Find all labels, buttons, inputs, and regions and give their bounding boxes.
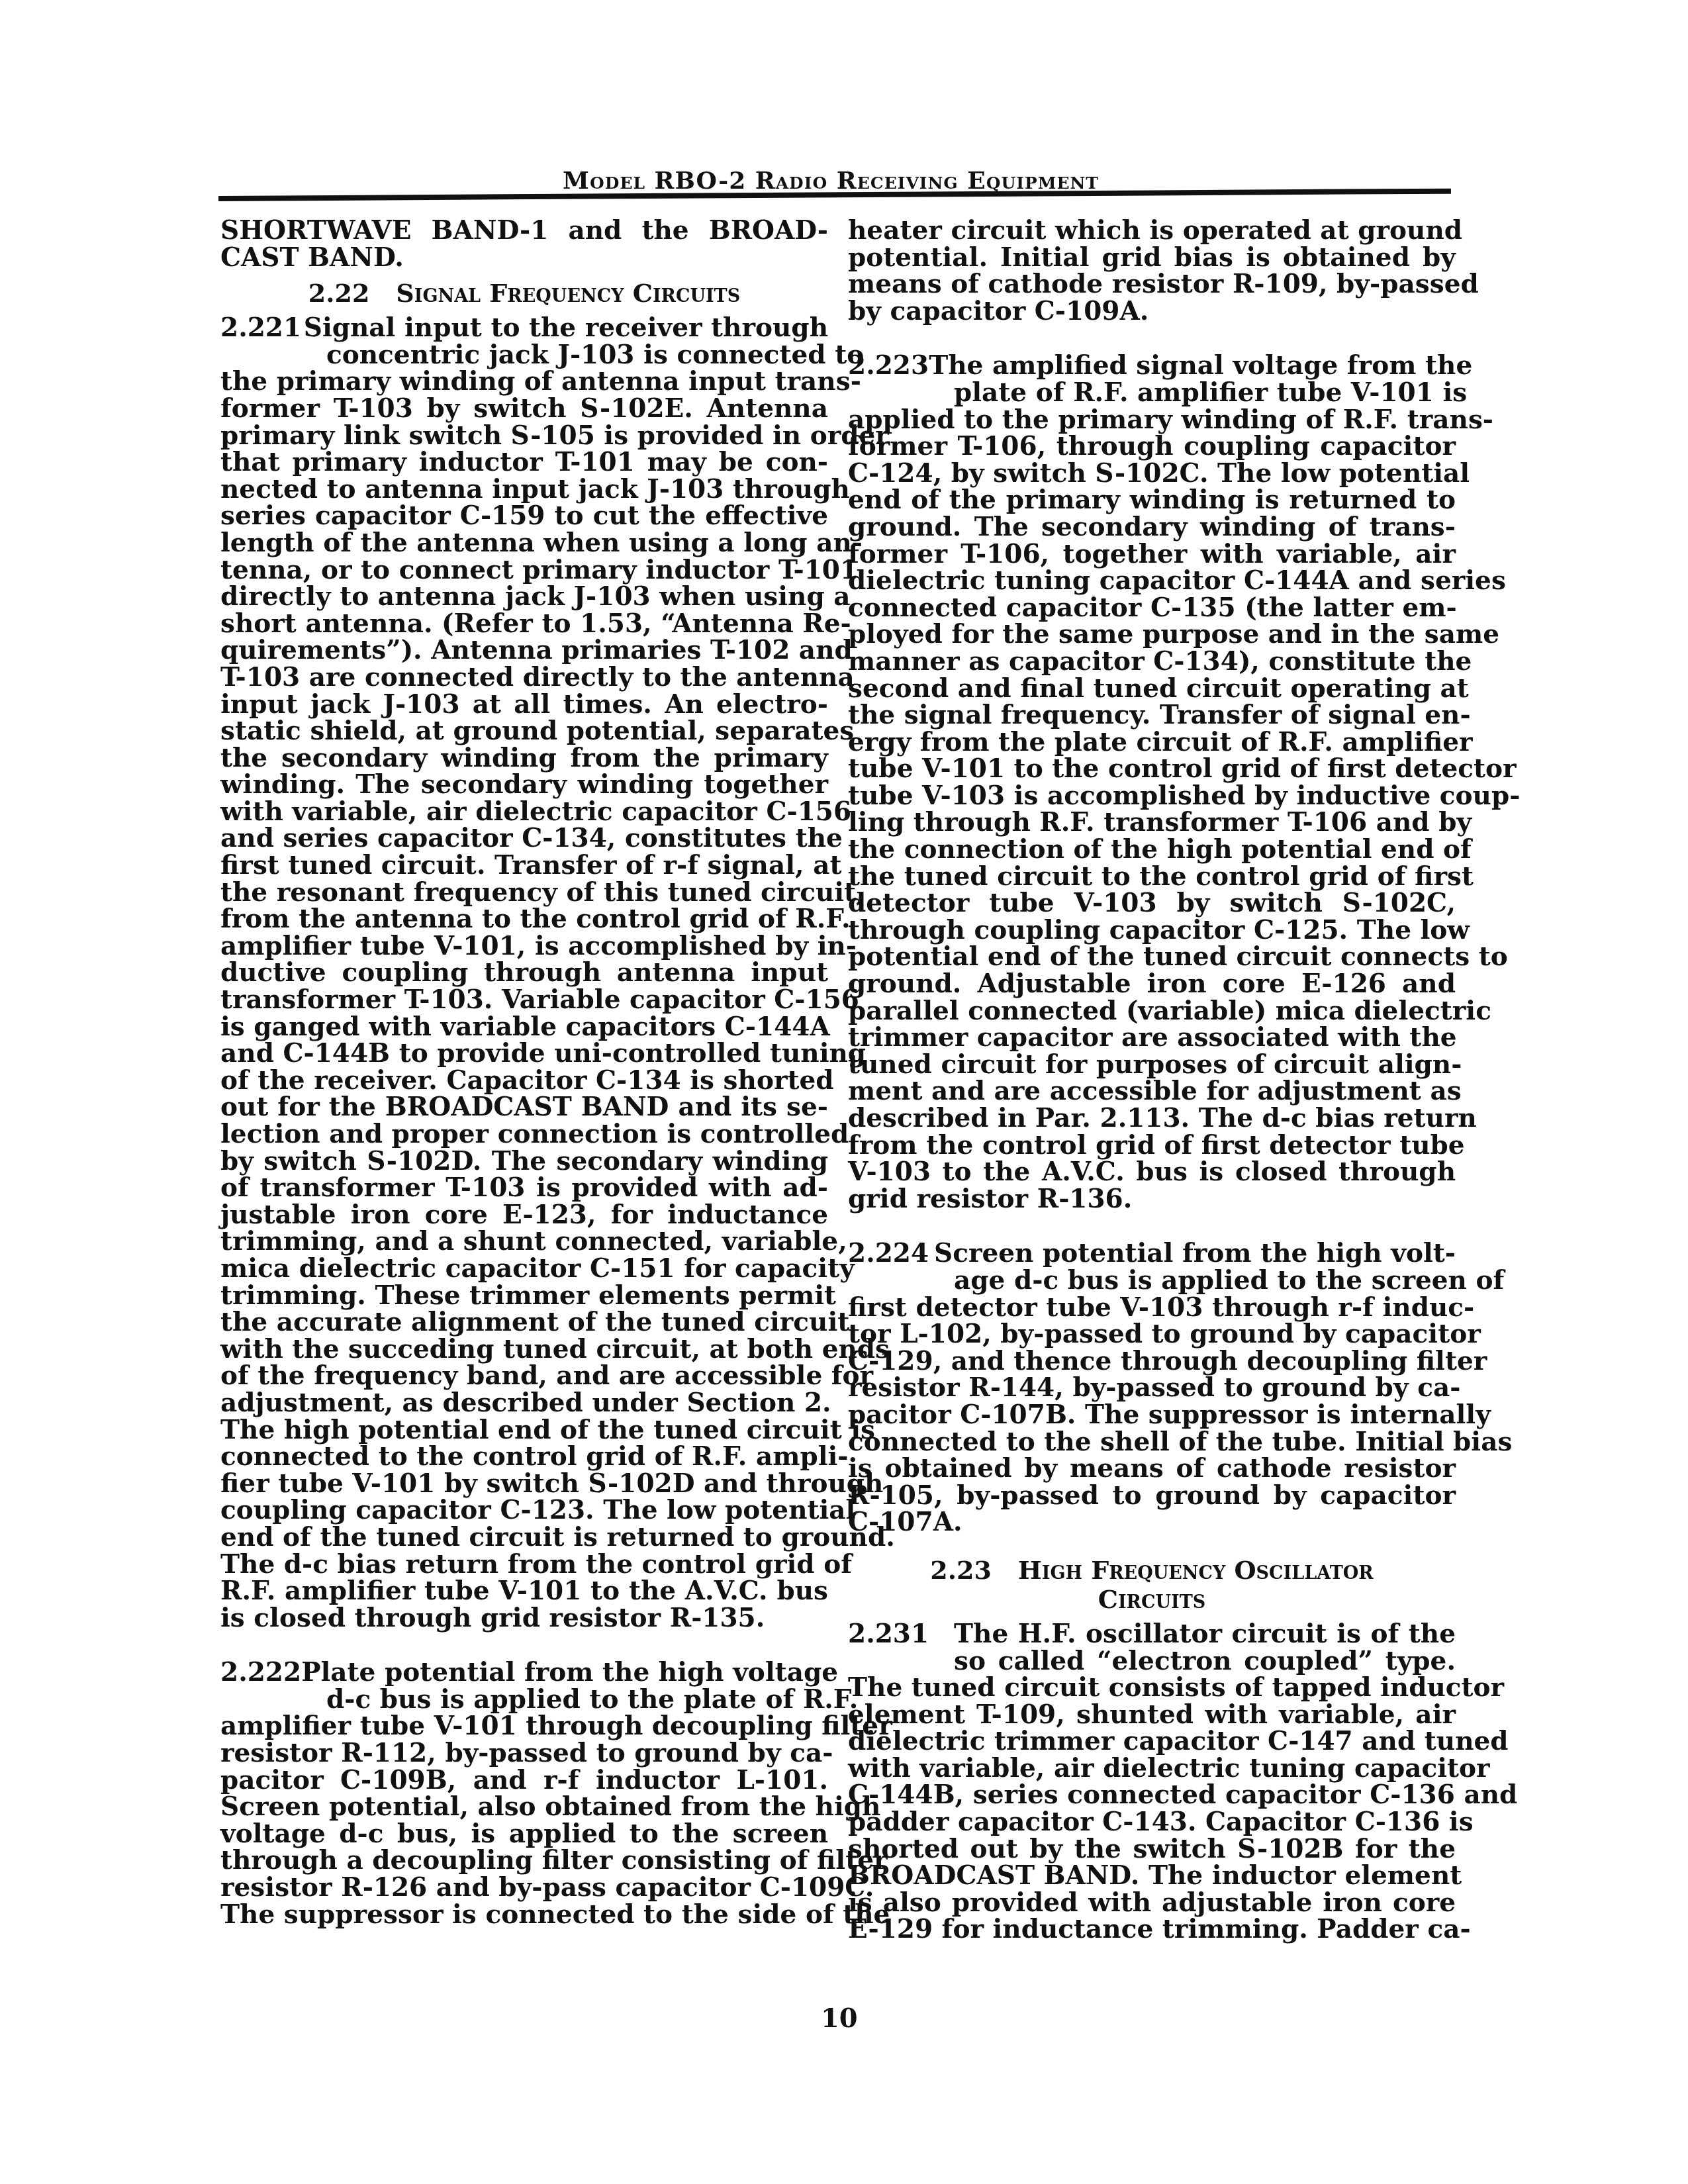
- text-line: trimmer capacitor are associated with th…: [848, 1024, 1456, 1051]
- section-title-line2: Circuits: [848, 1585, 1456, 1614]
- paragraph-first-line: 2.221 Signal input to the receiver throu…: [220, 314, 828, 342]
- text-line: is closed through grid resistor R-135.: [220, 1605, 828, 1632]
- section-heading-2-22: 2.22Signal Frequency Circuits: [220, 279, 828, 308]
- paragraph-body: age d-c bus is applied to the screen off…: [848, 1267, 1456, 1536]
- text-line: pacitor C-109B, and r-f inductor L-101.: [220, 1767, 828, 1794]
- text-line: coupling capacitor C-123. The low potent…: [220, 1497, 828, 1524]
- text-line: first detector tube V-103 through r-f in…: [848, 1294, 1456, 1321]
- text-line: described in Par. 2.113. The d-c bias re…: [848, 1105, 1456, 1132]
- text-line: with variable, air dielectric tuning cap…: [848, 1755, 1456, 1782]
- text-line: ling through R.F. transformer T-106 and …: [848, 809, 1456, 836]
- text-line: The tuned circuit consists of tapped ind…: [848, 1674, 1456, 1701]
- text-line: input jack J-103 at all times. An electr…: [220, 691, 828, 718]
- text-line: connected to the control grid of R.F. am…: [220, 1443, 828, 1470]
- text-line: by switch S-102D. The secondary winding: [220, 1148, 828, 1175]
- text-line: end of the primary winding is returned t…: [848, 487, 1456, 514]
- text-line: so called “electron coupled” type.: [848, 1648, 1456, 1675]
- text-line: voltage d-c bus, is applied to the scree…: [220, 1821, 828, 1848]
- text-line: C-107A.: [848, 1509, 1456, 1536]
- document-page: Model RBO-2 Radio Receiving Equipment SH…: [0, 0, 1688, 2184]
- text-line: detector tube V-103 by switch S-102C,: [848, 890, 1456, 917]
- text-line: mica dielectric capacitor C-151 for capa…: [220, 1255, 828, 1282]
- text-line: plate of R.F. amplifier tube V-101 is: [848, 379, 1456, 406]
- text-line: ductive coupling through antenna input: [220, 959, 828, 986]
- text-line: lection and proper connection is control…: [220, 1121, 828, 1148]
- paragraph-first-line-text: The H.F. oscillator circuit is of the: [954, 1621, 1456, 1648]
- text-line: static shield, at ground potential, sepa…: [220, 718, 828, 745]
- text-line: C-129, and thence through decoupling fil…: [848, 1348, 1456, 1375]
- text-line: of the frequency band, and are accessibl…: [220, 1362, 828, 1390]
- text-line: that primary inductor T-101 may be con-: [220, 449, 828, 476]
- text-line: resistor R-112, by-passed to ground by c…: [220, 1740, 828, 1767]
- text-line: directly to antenna jack J-103 when usin…: [220, 583, 828, 610]
- text-line: quirements”). Antenna primaries T-102 an…: [220, 637, 828, 664]
- text-line: tuned circuit for purposes of circuit al…: [848, 1051, 1456, 1078]
- paragraph-2-224: 2.224 Screen potential from the high vol…: [848, 1240, 1456, 1536]
- text-line: connected to the shell of the tube. Init…: [848, 1429, 1456, 1456]
- text-line: dielectric trimmer capacitor C-147 and t…: [848, 1728, 1456, 1755]
- text-line: end of the tuned circuit is returned to …: [220, 1524, 828, 1551]
- text-line: the secondary winding from the primary: [220, 745, 828, 772]
- text-line: pacitor C-107B. The suppressor is intern…: [848, 1401, 1456, 1429]
- text-line: BROADCAST BAND. The inductor element: [848, 1862, 1456, 1889]
- text-line: out for the BROADCAST BAND and its se-: [220, 1094, 828, 1121]
- paragraph-2-221: 2.221 Signal input to the receiver throu…: [220, 314, 828, 1631]
- text-line: ground. Adjustable iron core E-126 and: [848, 971, 1456, 998]
- paragraph-gap: [220, 1631, 828, 1659]
- text-line: and C-144B to provide uni-controlled tun…: [220, 1040, 828, 1067]
- text-line: amplifier tube V-101 through decoupling …: [220, 1713, 828, 1740]
- text-line: the signal frequency. Transfer of signal…: [848, 702, 1456, 729]
- text-line: former T-106, through coupling capacitor: [848, 433, 1456, 460]
- text-line: heater circuit which is operated at grou…: [848, 217, 1456, 244]
- text-line: R.F. amplifier tube V-101 to the A.V.C. …: [220, 1578, 828, 1605]
- text-line: of the receiver. Capacitor C-134 is shor…: [220, 1067, 828, 1094]
- text-line: the resonant frequency of this tuned cir…: [220, 879, 828, 906]
- text-line: The high potential end of the tuned circ…: [220, 1417, 828, 1444]
- text-line: manner as capacitor C-134), constitute t…: [848, 648, 1456, 675]
- text-line: tor L-102, by-passed to ground by capaci…: [848, 1321, 1456, 1348]
- text-line: and series capacitor C-134, constitutes …: [220, 825, 828, 852]
- text-line: adjustment, as described under Section 2…: [220, 1390, 828, 1417]
- text-line: The suppressor is connected to the side …: [220, 1901, 828, 1928]
- paragraph-gap: [848, 324, 1456, 352]
- text-line: concentric jack J-103 is connected to: [220, 342, 828, 369]
- text-line: transformer T-103. Variable capacitor C-…: [220, 986, 828, 1014]
- paragraph-body: so called “electron coupled” type.The tu…: [848, 1648, 1456, 1944]
- text-line: by capacitor C-109A.: [848, 298, 1456, 325]
- text-line: trimming, and a shunt connected, variabl…: [220, 1228, 828, 1255]
- text-line: nected to antenna input jack J-103 throu…: [220, 476, 828, 503]
- text-line: connected capacitor C-135 (the latter em…: [848, 594, 1456, 622]
- text-line: length of the antenna when using a long …: [220, 530, 828, 557]
- text-line: tenna, or to connect primary inductor T-…: [220, 557, 828, 584]
- text-line: winding. The secondary winding together: [220, 771, 828, 798]
- text-line: grid resistor R-136.: [848, 1186, 1456, 1213]
- text-line: ployed for the same purpose and in the s…: [848, 621, 1456, 648]
- intro-continuation: SHORTWAVE BAND-1 and the BROAD-CAST BAND…: [220, 217, 828, 271]
- text-line: with variable, air dielectric capacitor …: [220, 798, 828, 826]
- text-line: V-103 to the A.V.C. bus is closed throug…: [848, 1159, 1456, 1186]
- paragraph-number: 2.222: [220, 1659, 301, 1686]
- text-line: shorted out by the switch S-102B for the: [848, 1836, 1456, 1863]
- section-title: Signal Frequency Circuits: [396, 278, 740, 308]
- paragraph-number: 2.221: [220, 314, 304, 342]
- page-number: 10: [821, 2003, 858, 2034]
- text-line: first tuned circuit. Transfer of r-f sig…: [220, 852, 828, 879]
- section-heading-2-23: 2.23High Frequency Oscillator Circuits: [848, 1556, 1456, 1614]
- paragraph-2-223: 2.223 The amplified signal voltage from …: [848, 352, 1456, 1212]
- text-line: tube V-101 to the control grid of first …: [848, 755, 1456, 783]
- text-line: age d-c bus is applied to the screen of: [848, 1267, 1456, 1294]
- text-line: d-c bus is applied to the plate of R.F.: [220, 1686, 828, 1713]
- text-line: former T-103 by switch S-102E. Antenna: [220, 395, 828, 422]
- text-line: trimming. These trimmer elements permit: [220, 1282, 828, 1309]
- text-line: means of cathode resistor R-109, by-pass…: [848, 271, 1456, 298]
- paragraph-number: 2.224: [848, 1240, 934, 1267]
- text-line: through a decoupling filter consisting o…: [220, 1847, 828, 1874]
- section-number: 2.23: [930, 1555, 992, 1585]
- section-title: High Frequency Oscillator: [1018, 1555, 1374, 1585]
- paragraph-first-line: 2.222 Plate potential from the high volt…: [220, 1659, 828, 1686]
- paragraph-2-222: 2.222 Plate potential from the high volt…: [220, 1659, 828, 1928]
- text-line: through coupling capacitor C-125. The lo…: [848, 917, 1456, 944]
- text-line: C-124, by switch S-102C. The low potenti…: [848, 460, 1456, 487]
- paragraph-gap: [848, 1212, 1456, 1240]
- text-line: The d-c bias return from the control gri…: [220, 1551, 828, 1578]
- paragraph-first-line-text: The amplified signal voltage from the: [929, 352, 1472, 379]
- text-line: resistor R-144, by-passed to ground by c…: [848, 1374, 1456, 1401]
- text-line: CAST BAND.: [220, 244, 828, 271]
- text-line: applied to the primary winding of R.F. t…: [848, 406, 1456, 434]
- paragraph-2-231: 2.231 The H.F. oscillator circuit is of …: [848, 1621, 1456, 1943]
- paragraph-body: plate of R.F. amplifier tube V-101 isapp…: [848, 379, 1456, 1212]
- text-line: ment and are accessible for adjustment a…: [848, 1078, 1456, 1105]
- paragraph-first-line: 2.223 The amplified signal voltage from …: [848, 352, 1456, 379]
- text-line: the primary winding of antenna input tra…: [220, 368, 828, 395]
- text-line: is obtained by means of cathode resistor: [848, 1455, 1456, 1482]
- paragraph-first-line-text: Plate potential from the high voltage: [301, 1659, 838, 1686]
- paragraph-first-line: 2.224 Screen potential from the high vol…: [848, 1240, 1456, 1267]
- paragraph-first-line: 2.231 The H.F. oscillator circuit is of …: [848, 1621, 1456, 1648]
- text-line: is also provided with adjustable iron co…: [848, 1889, 1456, 1917]
- section-number: 2.22: [308, 278, 370, 308]
- text-line: amplifier tube V-101, is accomplished by…: [220, 933, 828, 960]
- paragraph-body: d-c bus is applied to the plate of R.F.a…: [220, 1686, 828, 1928]
- text-line: second and final tuned circuit operating…: [848, 675, 1456, 702]
- paragraph-first-line-text: Screen potential from the high volt-: [934, 1240, 1456, 1267]
- text-line: R-105, by-passed to ground by capacitor: [848, 1482, 1456, 1509]
- text-line: C-144B, series connected capacitor C-136…: [848, 1781, 1456, 1809]
- text-line: potential end of the tuned circuit conne…: [848, 943, 1456, 971]
- paragraph-first-line-text: Signal input to the receiver through: [304, 314, 828, 342]
- text-line: T-103 are connected directly to the ante…: [220, 664, 828, 691]
- text-line: series capacitor C-159 to cut the effect…: [220, 502, 828, 530]
- text-line: primary link switch S-105 is provided in…: [220, 422, 828, 450]
- text-line: E-129 for inductance trimming. Padder ca…: [848, 1916, 1456, 1943]
- text-line: padder capacitor C-143. Capacitor C-136 …: [848, 1809, 1456, 1836]
- right-column: heater circuit which is operated at grou…: [848, 217, 1456, 1943]
- text-line: ground. The secondary winding of trans-: [848, 514, 1456, 541]
- text-line: potential. Initial grid bias is obtained…: [848, 244, 1456, 271]
- text-line: dielectric tuning capacitor C-144A and s…: [848, 567, 1456, 594]
- text-line: tube V-103 is accomplished by inductive …: [848, 783, 1456, 810]
- text-line: parallel connected (variable) mica diele…: [848, 998, 1456, 1025]
- text-line: resistor R-126 and by-pass capacitor C-1…: [220, 1874, 828, 1901]
- text-line: fier tube V-101 by switch S-102D and thr…: [220, 1470, 828, 1497]
- text-line: from the control grid of first detector …: [848, 1132, 1456, 1159]
- paragraph-number: 2.231: [848, 1621, 954, 1648]
- text-line: element T-109, shunted with variable, ai…: [848, 1701, 1456, 1729]
- text-line: former T-106, together with variable, ai…: [848, 541, 1456, 568]
- text-line: short antenna. (Refer to 1.53, “Antenna …: [220, 610, 828, 638]
- text-line: the accurate alignment of the tuned circ…: [220, 1309, 828, 1336]
- text-line: justable iron core E-123, for inductance: [220, 1202, 828, 1229]
- text-line: of transformer T-103 is provided with ad…: [220, 1174, 828, 1202]
- text-line: ergy from the plate circuit of R.F. ampl…: [848, 729, 1456, 756]
- paragraph-body: concentric jack J-103 is connected tothe…: [220, 342, 828, 1632]
- paragraph-number: 2.223: [848, 352, 929, 379]
- text-line: the tuned circuit to the control grid of…: [848, 863, 1456, 890]
- text-line: the connection of the high potential end…: [848, 836, 1456, 863]
- text-line: from the antenna to the control grid of …: [220, 906, 828, 933]
- text-line: Screen potential, also obtained from the…: [220, 1793, 828, 1821]
- text-line: is ganged with variable capacitors C-144…: [220, 1014, 828, 1041]
- text-line: with the succeding tuned circuit, at bot…: [220, 1336, 828, 1363]
- intro-continuation: heater circuit which is operated at grou…: [848, 217, 1456, 324]
- text-line: SHORTWAVE BAND-1 and the BROAD-: [220, 217, 828, 244]
- left-column: SHORTWAVE BAND-1 and the BROAD-CAST BAND…: [220, 217, 828, 1928]
